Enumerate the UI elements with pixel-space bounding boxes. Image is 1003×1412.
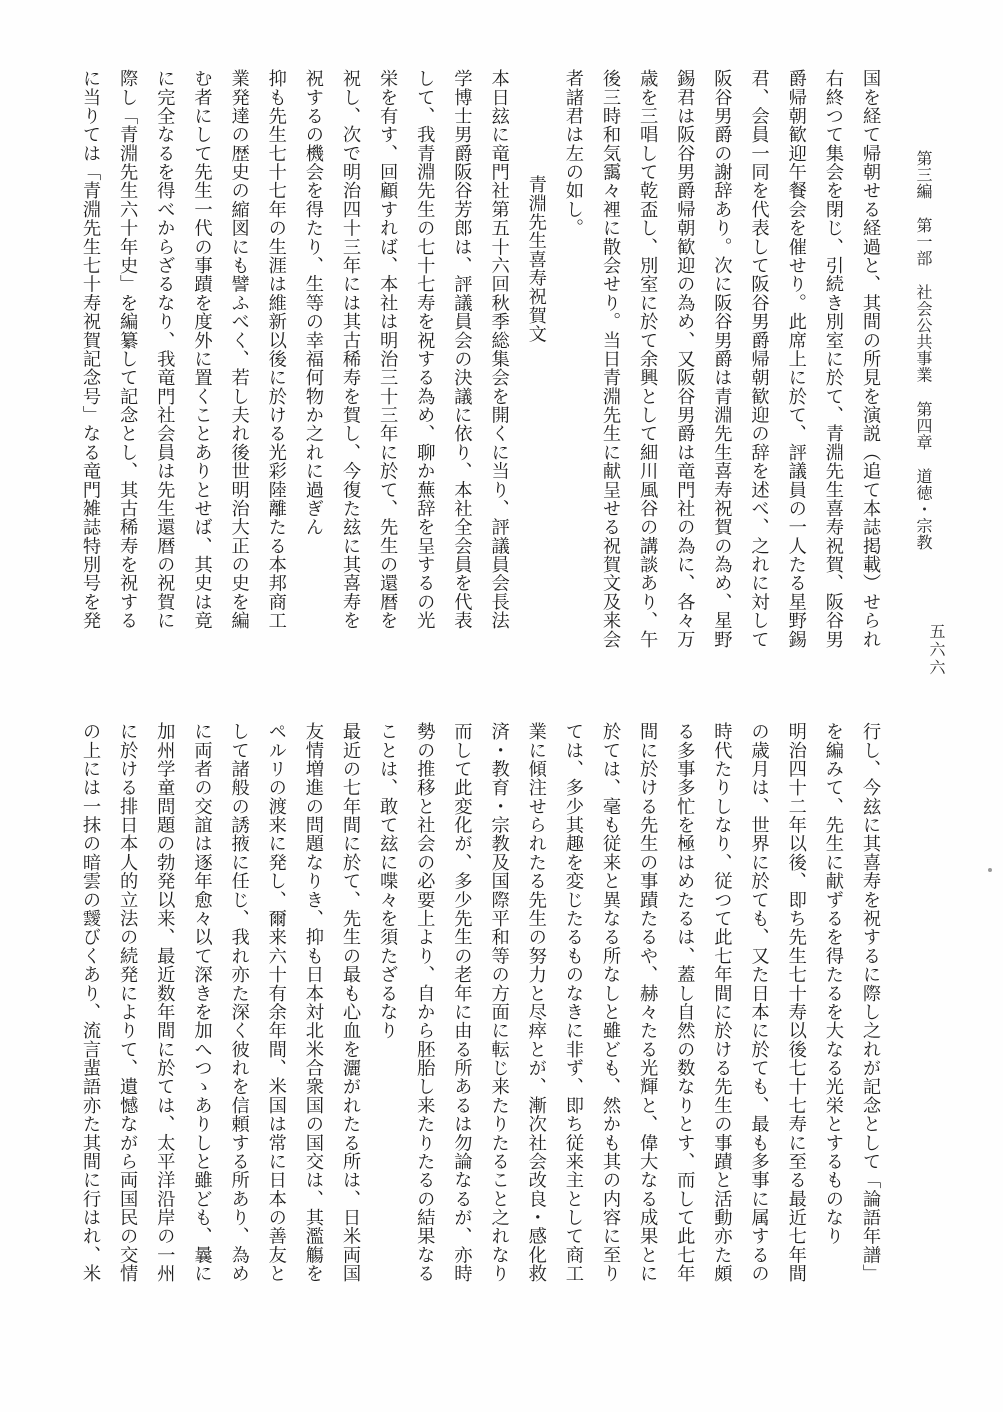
text-column: 業に傾注せられたる先生の努力と尽瘁とが、漸次社会改良・感化救 (518, 722, 555, 1302)
section-title: 青淵先生喜寿祝賀文 (518, 69, 555, 669)
text-column: 時代たりしなり、従つて此七年間に於ける先生の事蹟と活動亦た頗 (703, 722, 740, 1302)
text-column: 者諸君は左の如し。 (555, 69, 592, 669)
text-column: 業発達の歴史の縮図にも譬ふべく、若し夫れ後世明治大正の史を編 (220, 69, 257, 669)
running-head-topic: 道徳・宗教 (914, 468, 933, 551)
text-column: 済・教育・宗教及国際平和等の方面に転じ来たりたること之れなり (480, 722, 517, 1302)
running-head: 第三編 第一部 社会公共事業 第四章 道徳・宗教 (913, 150, 933, 550)
text-column: 後三時和気靄々裡に散会せり。当日青淵先生に献呈せる祝賀文及来会 (592, 69, 629, 669)
text-column: 際し「青淵先生六十年史」を編纂して記念とし、其古稀寿を祝する (109, 69, 146, 669)
text-column: 祝するの機会を得たり、生等の幸福何物か之れに過ぎん (295, 69, 332, 669)
text-column: に当りては「青淵先生七十寿祝賀記念号」なる竜門雑誌特別号を発 (72, 69, 109, 669)
running-head-chapter: 第四章 (914, 401, 933, 451)
running-head-section: 第一部 (914, 217, 933, 267)
text-column: 友情増進の問題なりき、抑も日本対北米合衆国の国交は、其濫觴を (295, 722, 332, 1302)
text-column: 栄を有す、回顧すれば、本社は明治三十三年に於て、先生の還暦を (369, 69, 406, 669)
text-column: 国を経て帰朝せる経過と、其間の所見を演説（追て本誌掲載）せられ (852, 69, 889, 669)
lower-text-block: 行し、今玆に其喜寿を祝するに際し之れが記念として「論語年譜」 を編みて、先生に献… (72, 722, 889, 1302)
text-column: 祝し、次で明治四十三年には其古稀寿を賀し、今復た玆に其喜寿を (332, 69, 369, 669)
text-column: 於ては、毫も従来と異なる所なしと雖ども、然かも其の内容に至り (592, 722, 629, 1302)
text-column: む者にして先生一代の事蹟を度外に置くことありとせば、其史は竟 (183, 69, 220, 669)
text-column: 行し、今玆に其喜寿を祝するに際し之れが記念として「論語年譜」 (852, 722, 889, 1302)
text-column: る多事多忙を極はめたるは、蓋し自然の数なりとす、而して此七年 (666, 722, 703, 1302)
text-column: に於ける排日本人的立法の続発によりて、遺憾ながら両国民の交情 (109, 722, 146, 1302)
text-column: ては、多少其趣を変じたるものなきに非ず、即ち従来主として商工 (555, 722, 592, 1302)
text-column: の上には一抹の暗雲の靉びくあり、流言蜚語亦た其間に行はれ、米 (72, 722, 109, 1302)
text-column: 歳を三唱して乾盃し、別室に於て余興として細川風谷の講談あり、午 (629, 69, 666, 669)
text-column: して、我青淵先生の七十七寿を祝する為め、聊か蕪辞を呈するの光 (406, 69, 443, 669)
text-column: 錫君は阪谷男爵帰朝歓迎の為め、又阪谷男爵は竜門社の為に、各々万 (666, 69, 703, 669)
text-column: 本日玆に竜門社第五十六回秋季総集会を開くに当り、評議員会長法 (480, 69, 517, 669)
text-column: 勢の推移と社会の必要上より、自から胚胎し来たりたるの結果なる (406, 722, 443, 1302)
text-column: 而して此変化が、多少先生の老年に由る所あるは勿論なるが、亦時 (443, 722, 480, 1302)
text-column: 加州学童問題の勃発以来、最近数年間に於ては、太平洋沿岸の一州 (146, 722, 183, 1302)
upper-text-block: 国を経て帰朝せる経過と、其間の所見を演説（追て本誌掲載）せられ 右終つて集会を閉… (72, 69, 889, 669)
text-column: 君、会員一同を代表して阪谷男爵帰朝歓迎の辞を述べ、之れに対して (740, 69, 777, 669)
text-column: ことは、敢て玆に喋々を須たざるなり (369, 722, 406, 1302)
text-column: 明治四十二年以後、即ち先生七十寿以後七十七寿に至る最近七年間 (778, 722, 815, 1302)
text-column: の歳月は、世界に於ても、又た日本に於ても、最も多事に属するの (740, 722, 777, 1302)
text-column: 学博士男爵阪谷芳郎は、評議員会の決議に依り、本社全会員を代表 (443, 69, 480, 669)
text-column: 最近の七年間に於て、先生の最も心血を灑がれたる所は、日米両国 (332, 722, 369, 1302)
text-column: 右終つて集会を閉じ、引続き別室に於て、青淵先生喜寿祝賀、阪谷男 (815, 69, 852, 669)
text-column: 阪谷男爵の謝辞あり。次に阪谷男爵は青淵先生喜寿祝賀の為め、星野 (703, 69, 740, 669)
running-head-category: 社会公共事業 (914, 284, 933, 383)
text-column: に両者の交誼は逐年愈々以て深きを加へつゝありしと雖ども、曩に (183, 722, 220, 1302)
text-column: 抑も先生七十七年の生涯は維新以後に於ける光彩陸離たる本邦商工 (258, 69, 295, 669)
text-column: を編みて、先生に献ずるを得たるを大なる光栄とするものなり (815, 722, 852, 1302)
text-column: 爵帰朝歓迎午餐会を催せり。此席上に於て、評議員の一人たる星野錫 (778, 69, 815, 669)
page-number: 五六六 (926, 623, 946, 677)
text-column: に完全なるを得べからざるなり、我竜門社会員は先生還暦の祝賀に (146, 69, 183, 669)
document-page: 第三編 第一部 社会公共事業 第四章 道徳・宗教 五六六 国を経て帰朝せる経過と… (0, 0, 1003, 1412)
text-column: して諸般の誘掖に任じ、我れ亦た深く彼れを信頼する所あり、為め (220, 722, 257, 1302)
scan-speck (988, 868, 992, 872)
text-column: 間に於ける先生の事蹟たるや、赫々たる光輝と、偉大なる成果とに (629, 722, 666, 1302)
running-head-part: 第三編 (914, 150, 933, 200)
text-column: ペルリの渡来に発し、爾来六十有余年間、米国は常に日本の善友と (258, 722, 295, 1302)
